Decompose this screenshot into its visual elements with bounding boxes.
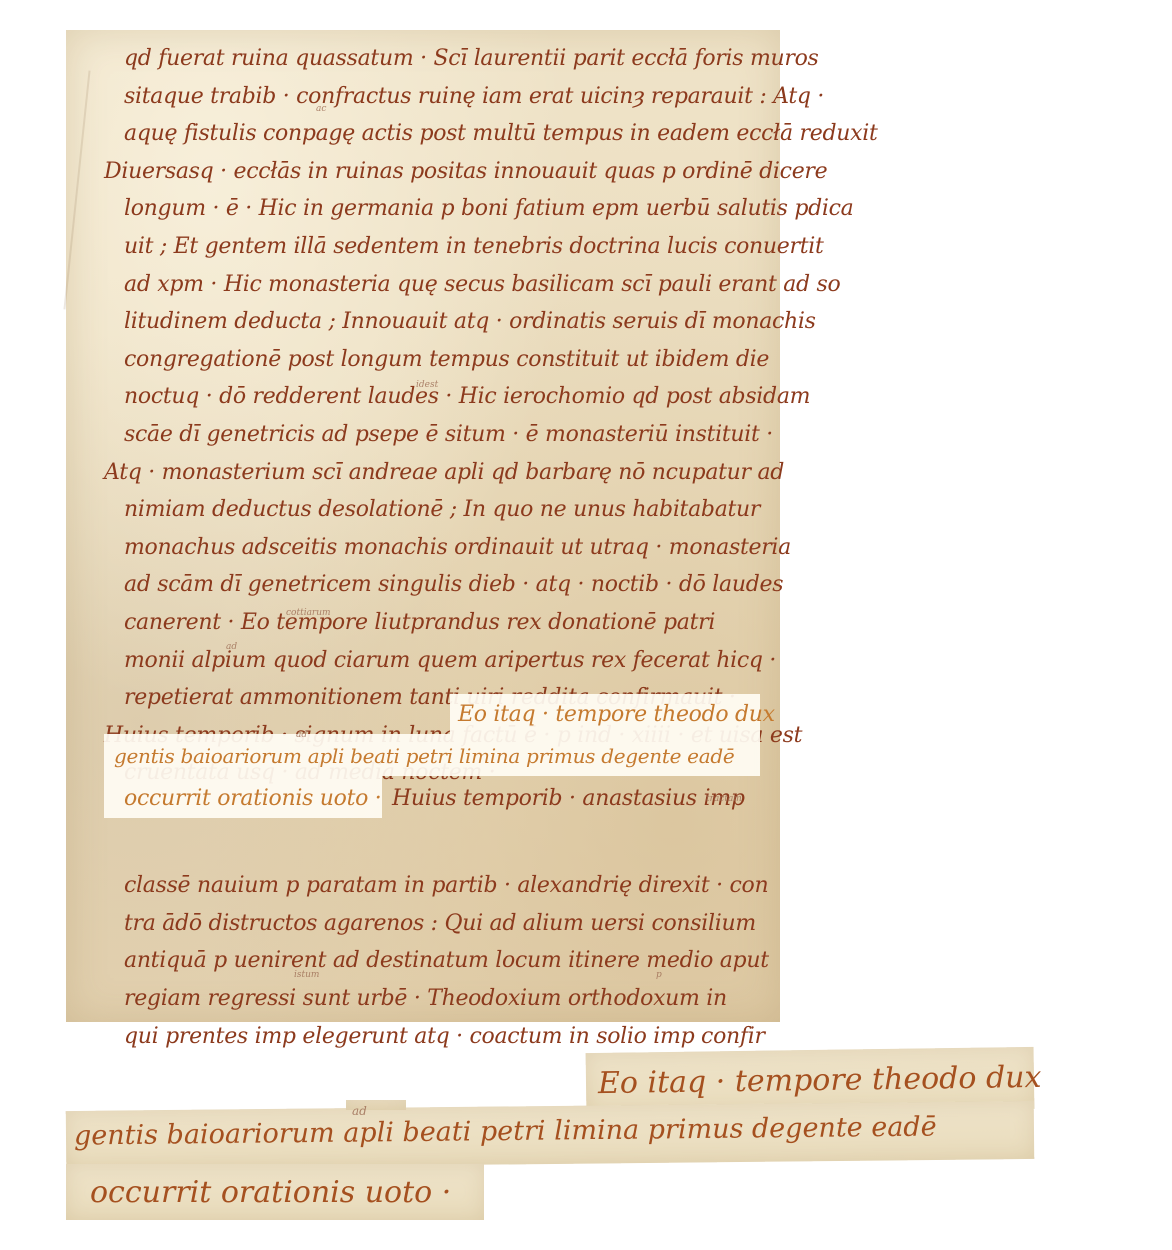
manuscript-line: classē nauium p paratam in partib · alex… (124, 875, 768, 897)
gloss-ac: ac (316, 104, 326, 114)
gloss-ad-2: ad (296, 730, 307, 740)
manuscript-line: litudinem deducta ; Innouauit atq · ordi… (124, 311, 816, 333)
manuscript-line: canerent · Eo tempore liutprandus rex do… (124, 612, 715, 634)
manuscript-line: regiam regressi sunt urbē · Theodoxium o… (124, 988, 727, 1010)
manuscript-line: Diuersasq · eccłās in ruinas positas inn… (104, 161, 827, 183)
manuscript-line: ad xpm · Hic monasteria quę secus basili… (124, 274, 840, 296)
enlarged-strip-line-3: occurrit orationis uoto · (90, 1178, 451, 1208)
highlighted-line-2: gentis baioariorum apli beati petri limi… (114, 746, 734, 766)
manuscript-line: antiquā p uenirent ad destinatum locum i… (124, 950, 769, 972)
manuscript-line: uit ; Et gentem illā sedentem in tenebri… (124, 236, 824, 258)
manuscript-line: Atq · monasterium scī andreae apli qd ba… (104, 462, 784, 484)
manuscript-line: nimiam deductus desolationē ; In quo ne … (124, 499, 760, 521)
manuscript-line: monii alpium quod ciarum quem aripertus … (124, 650, 776, 672)
gloss-istum: istum (294, 970, 319, 980)
gloss-p: p (656, 970, 662, 980)
manuscript-page: qd fuerat ruina quassatum · Scī laurenti… (66, 30, 780, 1022)
gloss-ad-1: ad (226, 642, 237, 652)
manuscript-line: tra ādō distructos agarenos : Qui ad ali… (124, 913, 756, 935)
manuscript-line: sitaque trabib · confractus ruinę iam er… (124, 86, 824, 108)
manuscript-line: monachus adsceitis monachis ordinauit ut… (124, 537, 791, 559)
manuscript-line: noctuq · dō redderent laudes · Hic ieroc… (124, 386, 810, 408)
manuscript-line: ad scām dī genetricem singulis dieb · at… (124, 574, 783, 596)
enlarged-strip-line-1: Eo itaq · tempore theodo dux (598, 1063, 1042, 1099)
manuscript-line: congregationē post longum tempus constit… (124, 349, 769, 371)
manuscript-line: qd fuerat ruina quassatum · Scī laurenti… (124, 48, 819, 70)
highlighted-line-1: Eo itaq · tempore theodo dux (458, 704, 775, 726)
manuscript-line: qui prentes imp elegerunt atq · coactum … (124, 1026, 765, 1048)
gloss-tractam: tractam (706, 794, 742, 804)
gloss-cottiarum: cottiarum (286, 608, 331, 618)
manuscript-line: scāe dī genetricis ad psepe ē situm · ē … (124, 424, 773, 446)
manuscript-line: aquę fistulis conpagę actis post multū t… (124, 123, 878, 145)
manuscript-line: longum · ē · Hic in germania p boni fati… (124, 198, 853, 220)
manuscript-line-20-tail: Huius temporib · anastasius imp (392, 788, 745, 810)
enlarged-strip-gloss-ad: ad (352, 1104, 367, 1118)
gloss-idest: idest (416, 380, 438, 390)
highlighted-line-3: occurrit orationis uoto · (124, 788, 381, 810)
